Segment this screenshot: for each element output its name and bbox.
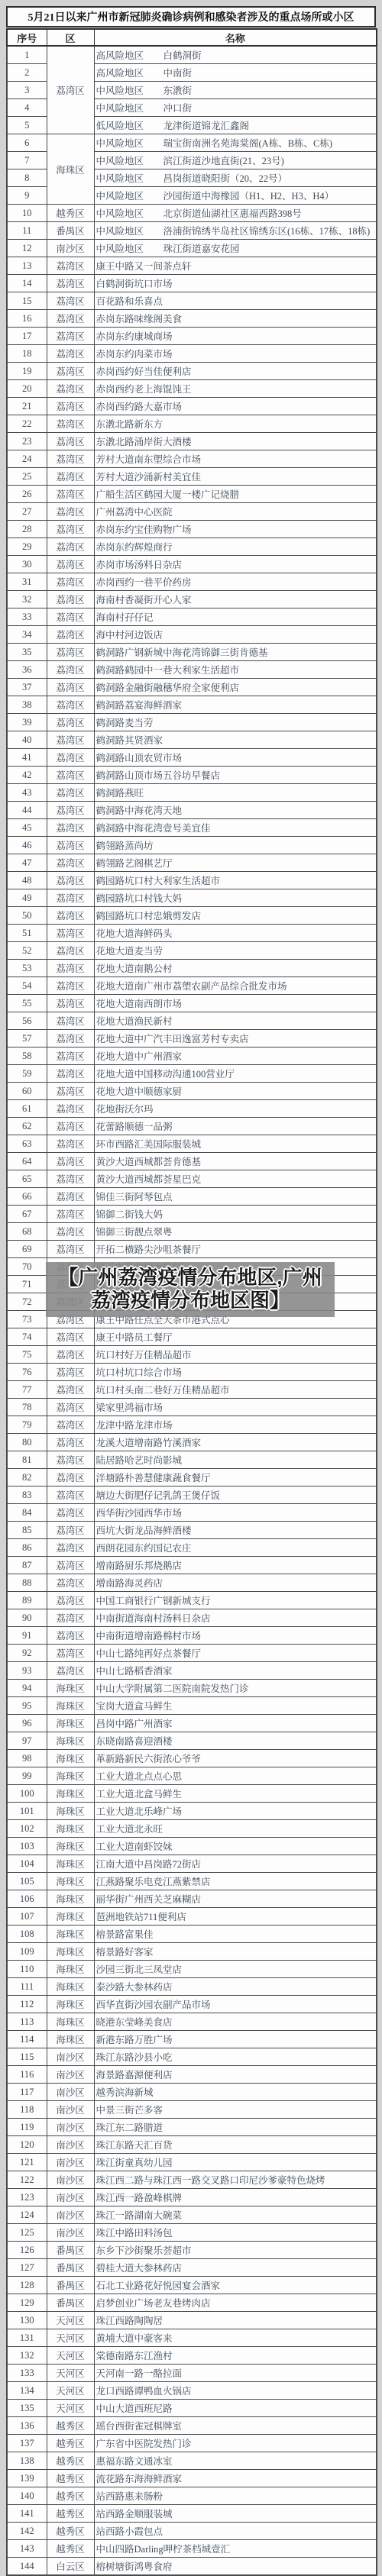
district-cell: 荔湾区 xyxy=(47,626,94,644)
risk-level-label: 中风险地区 xyxy=(96,241,163,255)
table-row: 85荔湾区西坑大街龙品海鲜酒楼 xyxy=(7,1522,377,1539)
row-number-cell: 37 xyxy=(7,679,47,696)
location-name-cell: 工业大道北永旺 xyxy=(94,1820,377,1838)
district-cell: 海珠区 xyxy=(47,1890,94,1908)
table-row: 102海珠区工业大道北永旺 xyxy=(7,1820,377,1838)
table-header-row: 序号 区 名称 xyxy=(7,29,377,46)
district-cell: 天河区 xyxy=(47,2382,94,2400)
location-name-cell: 高风险地区中南街 xyxy=(94,64,377,82)
row-number-cell: 2 xyxy=(7,64,47,82)
table-row: 95海珠区宝岗大道盒马鲜生 xyxy=(7,1697,377,1715)
location-name-cell: 中风险地区洛浦街锦绣半岛社区锦绣东区(16栋、17栋、18栋) xyxy=(94,222,377,240)
table-row: 33荔湾区海南村孖仔记 xyxy=(7,608,377,626)
table-row: 138越秀区惠福东路文通冰室 xyxy=(7,2452,377,2470)
table-row: 143越秀区中山四路Darling呷柠茶档城壹汇 xyxy=(7,2540,377,2558)
row-number-cell: 135 xyxy=(7,2400,47,2417)
row-number-cell: 96 xyxy=(7,1715,47,1732)
row-number-cell: 20 xyxy=(7,380,47,398)
location-name-cell: 鹤洞路鹤园中一巷大利家生活超市 xyxy=(94,661,377,679)
location-name: 珠江街道嘉安花园 xyxy=(163,244,240,254)
table-row: 30荔湾区赤岗市场汤料日杂店 xyxy=(7,556,377,573)
district-cell: 番禺区 xyxy=(47,222,94,240)
row-number-cell: 53 xyxy=(7,960,47,977)
district-cell: 番禺区 xyxy=(47,2277,94,2294)
location-name-cell: 黄沙大道西城都荟星巴克 xyxy=(94,1170,377,1188)
district-cell: 荔湾区 xyxy=(47,925,94,942)
location-name-cell: 康王中路员工餐厅 xyxy=(94,1328,377,1346)
table-row: 27荔湾区广州荔湾中心医院 xyxy=(7,503,377,521)
table-row: 87荔湾区增南路厨乐邦烧鹅店 xyxy=(7,1557,377,1574)
district-cell: 荔湾区 xyxy=(47,749,94,767)
location-name-cell: 花地街沃尔玛 xyxy=(94,1100,377,1118)
table-row: 51荔湾区花地大道海鲜码头 xyxy=(7,925,377,942)
row-number-cell: 117 xyxy=(7,2084,47,2101)
location-name-cell: 中山七路纯再好点茶餐厅 xyxy=(94,1645,377,1662)
location-name: 东漖街 xyxy=(163,86,193,96)
table-row: 37荔湾区鹤洞路金融街融穗华府全家便利店 xyxy=(7,679,377,696)
row-number-cell: 90 xyxy=(7,1609,47,1627)
table-row: 135天河区中山大道西班尼路 xyxy=(7,2400,377,2417)
row-number-cell: 128 xyxy=(7,2277,47,2294)
district-cell: 荔湾区 xyxy=(47,1609,94,1627)
table-row: 139越秀区流花路东海海鲜酒家 xyxy=(7,2470,377,2487)
district-cell: 南沙区 xyxy=(47,2206,94,2224)
district-cell: 荔湾区 xyxy=(47,1012,94,1030)
table-row: 106海珠区丽华街广州西关芝麻糊店 xyxy=(7,1890,377,1908)
location-name-cell: 珠江西二路与珠江西一路交叉路口印尼沙爹豪特色烧烤 xyxy=(94,2171,377,2189)
location-name-cell: 低风险地区龙津街道锦龙汇鑫阁 xyxy=(94,117,377,134)
table-row: 55荔湾区花地大道南西朗市场 xyxy=(7,995,377,1012)
row-number-cell: 63 xyxy=(7,1135,47,1153)
location-name-cell: 塘边大街肥仔记乳鸽王煲仔饭 xyxy=(94,1487,377,1504)
district-cell: 荔湾区 xyxy=(47,1557,94,1574)
location-name-cell: 宝岗大道盒马鲜生 xyxy=(94,1697,377,1715)
table-row: 142越秀区站西路小霞包点 xyxy=(7,2523,377,2540)
district-cell: 荔湾区 xyxy=(47,1223,94,1241)
location-name-cell: 康王中路又一间茶点轩 xyxy=(94,257,377,275)
district-cell: 荔湾区 xyxy=(47,1539,94,1557)
district-cell: 荔湾区 xyxy=(47,1645,94,1662)
location-name-cell: 晓港东莹峰美食店 xyxy=(94,2013,377,2031)
table-row: 44荔湾区鹤洞路中海花湾天地 xyxy=(7,802,377,819)
district-cell: 越秀区 xyxy=(47,205,94,222)
location-name: 昌岗街道晓阳街（20、22号） xyxy=(163,173,288,184)
district-cell: 越秀区 xyxy=(47,2435,94,2452)
table-row: 52荔湾区花地大道麦当劳 xyxy=(7,942,377,960)
risk-level-label: 中风险地区 xyxy=(96,224,163,237)
district-cell: 南沙区 xyxy=(47,2101,94,2119)
row-number-cell: 109 xyxy=(7,1943,47,1961)
row-number-cell: 74 xyxy=(7,1328,47,1346)
table-row: 57荔湾区花地大道中广汽丰田逸富芳村专卖店 xyxy=(7,1030,377,1048)
location-name-cell: 赤岗西约好当佳便利店 xyxy=(94,363,377,380)
table-row: 59荔湾区花地大道中国移动沟通100营业厅 xyxy=(7,1065,377,1083)
table-row: 53荔湾区花地大道南鹅公村 xyxy=(7,960,377,977)
location-name-cell: 鹤洞路山顶农贸市场 xyxy=(94,749,377,767)
location-name-cell: 鹤翎路艺阁棋艺厅 xyxy=(94,854,377,872)
location-name-cell: 中风险地区珠江街道嘉安花园 xyxy=(94,240,377,257)
table-row: 23荔湾区东漖北路涌岸街大酒楼 xyxy=(7,433,377,450)
row-number-cell: 139 xyxy=(7,2470,47,2487)
row-number-cell: 55 xyxy=(7,995,47,1012)
table-row: 66荔湾区锦佳三街阿琴包点 xyxy=(7,1188,377,1206)
table-row: 130天河区珠江西路陶陶居 xyxy=(7,2312,377,2329)
location-name-cell: 芳村大道沙涌新村美宜佳 xyxy=(94,468,377,486)
page: 5月21日以来广州市新冠肺炎确诊病例和感染者涉及的重点场所或小区 序号 区 名称… xyxy=(0,0,382,2576)
table-row: 136越秀区瑶台西街雀冠棋牌室 xyxy=(7,2417,377,2435)
district-cell: 荔湾区 xyxy=(47,1451,94,1469)
location-name-cell: 花地大道中广汽丰田逸富芳村专卖店 xyxy=(94,1030,377,1048)
district-cell: 越秀区 xyxy=(47,2523,94,2540)
table-row: 41荔湾区鹤洞路山顶农贸市场 xyxy=(7,749,377,767)
table-row: 74荔湾区康王中路员工餐厅 xyxy=(7,1328,377,1346)
district-cell: 荔湾区 xyxy=(47,573,94,591)
table-row: 31荔湾区赤岗西约一巷平价药房 xyxy=(7,573,377,591)
location-name-cell: 中风险地区北京街道仙湖社区惠福西路398号 xyxy=(94,205,377,222)
location-name-cell: 西坑大街龙品海鲜酒楼 xyxy=(94,1522,377,1539)
table-row: 82荔湾区泮塘路朴善慧健康蔬食餐厅 xyxy=(7,1469,377,1487)
table-row: 91荔湾区中南街道增南路棉村市场 xyxy=(7,1627,377,1645)
risk-level-label: 中风险地区 xyxy=(96,83,163,97)
district-cell: 荔湾区 xyxy=(47,1469,94,1487)
district-cell: 海珠区 xyxy=(47,2013,94,2031)
district-cell: 荔湾区 xyxy=(47,1188,94,1206)
table-row: 109海珠区榕景路好客家 xyxy=(7,1943,377,1961)
table-row: 79荔湾区龙津中路龙津市场 xyxy=(7,1416,377,1434)
risk-level-label: 中风险地区 xyxy=(96,189,163,202)
district-cell: 越秀区 xyxy=(47,2505,94,2523)
district-cell: 海珠区 xyxy=(47,1820,94,1838)
row-number-cell: 60 xyxy=(7,1083,47,1100)
district-cell: 荔湾区 xyxy=(47,1504,94,1522)
location-name-cell: 花蕾路顺德一品粥 xyxy=(94,1118,377,1135)
row-number-cell: 129 xyxy=(7,2294,47,2312)
district-cell: 荔湾区 xyxy=(47,275,94,292)
table-row: 25荔湾区芳村大道沙涌新村美宜佳 xyxy=(7,468,377,486)
district-cell: 南沙区 xyxy=(47,2119,94,2136)
table-row: 111海珠区泰沙路大参林药店 xyxy=(7,1978,377,1996)
district-cell: 海珠区 xyxy=(47,1855,94,1873)
district-cell: 荔湾区 xyxy=(47,1364,94,1381)
row-number-cell: 85 xyxy=(7,1522,47,1539)
district-cell: 荔湾区 xyxy=(47,608,94,626)
district-cell: 南沙区 xyxy=(47,2154,94,2171)
location-name-cell: 增南路海灵药店 xyxy=(94,1574,377,1592)
row-number-cell: 57 xyxy=(7,1030,47,1048)
table-row: 47荔湾区鹤翎路艺阁棋艺厅 xyxy=(7,854,377,872)
row-number-cell: 58 xyxy=(7,1048,47,1065)
risk-level-label: 中风险地区 xyxy=(96,136,163,150)
table-row: 88荔湾区增南路海灵药店 xyxy=(7,1574,377,1592)
table-row: 50荔湾区鹤园路坑口村忠娥剪发店 xyxy=(7,907,377,925)
table-row: 93荔湾区中山七路稻香酒家 xyxy=(7,1662,377,1680)
row-number-cell: 43 xyxy=(7,784,47,802)
district-cell: 荔湾区 xyxy=(47,1048,94,1065)
row-number-cell: 103 xyxy=(7,1838,47,1855)
district-cell: 南沙区 xyxy=(47,240,94,257)
location-name-cell: 中风险地区瑞宝街南洲名苑海棠阁(A栋、B栋、C栋) xyxy=(94,134,377,152)
table-row: 40荔湾区鹤洞路其贤酒家 xyxy=(7,731,377,749)
risk-level-label: 中风险地区 xyxy=(96,171,163,185)
location-name-cell: 广州荔湾中心医院 xyxy=(94,503,377,521)
table-row: 62荔湾区花蕾路顺德一品粥 xyxy=(7,1118,377,1135)
table-row: 56荔湾区花地大道渔民新村 xyxy=(7,1012,377,1030)
district-cell: 荔湾区 xyxy=(47,328,94,345)
district-cell: 荔湾区 xyxy=(47,310,94,328)
district-cell: 荔湾区 xyxy=(47,415,94,433)
location-name-cell: 泮塘路朴善慧健康蔬食餐厅 xyxy=(94,1469,377,1487)
district-cell: 越秀区 xyxy=(47,2452,94,2470)
row-number-cell: 32 xyxy=(7,591,47,608)
district-cell: 海珠区 xyxy=(47,1996,94,2013)
table-row: 89荔湾区中国工商银行广钢新城支行 xyxy=(7,1592,377,1609)
table-row: 1荔湾区高风险地区白鹤洞街 xyxy=(7,46,377,64)
row-number-cell: 30 xyxy=(7,556,47,573)
district-cell: 荔湾区 xyxy=(47,503,94,521)
district-cell: 荔湾区 xyxy=(47,398,94,415)
row-number-cell: 39 xyxy=(7,714,47,731)
table-row: 26荔湾区广船生活区鹤园大厦一楼广记烧腊 xyxy=(7,486,377,503)
row-number-cell: 141 xyxy=(7,2505,47,2523)
row-number-cell: 91 xyxy=(7,1627,47,1645)
location-name-cell: 中南街道增南路棉村市场 xyxy=(94,1627,377,1645)
district-cell: 荔湾区 xyxy=(47,521,94,538)
district-cell: 荔湾区 xyxy=(47,380,94,398)
district-cell: 海珠区 xyxy=(47,1680,94,1697)
row-number-cell: 59 xyxy=(7,1065,47,1083)
location-name-cell: 碧桂大道大参林药店 xyxy=(94,2259,377,2277)
row-number-cell: 61 xyxy=(7,1100,47,1118)
row-number-cell: 143 xyxy=(7,2540,47,2558)
row-number-cell: 114 xyxy=(7,2031,47,2048)
table-row: 75荔湾区坑口村好万佳精品超市 xyxy=(7,1346,377,1364)
location-name-cell: 鹤园路坑口村忠娥剪发店 xyxy=(94,907,377,925)
row-number-cell: 88 xyxy=(7,1574,47,1592)
location-name-cell: 坑口村坑口综合市场 xyxy=(94,1364,377,1381)
district-cell: 南沙区 xyxy=(47,2066,94,2084)
location-name-cell: 鹤园路坑口村大利家生活超市 xyxy=(94,872,377,889)
row-number-cell: 6 xyxy=(7,134,47,152)
district-cell: 荔湾区 xyxy=(47,257,94,275)
table-row: 36荔湾区鹤洞路鹤园中一巷大利家生活超市 xyxy=(7,661,377,679)
row-number-cell: 56 xyxy=(7,1012,47,1030)
table-row: 103海珠区工业大道南虾饺妹 xyxy=(7,1838,377,1855)
table-row: 90荔湾区中南街道海南村汤料日杂店 xyxy=(7,1609,377,1627)
risk-level-label: 高风险地区 xyxy=(96,66,163,79)
row-number-cell: 86 xyxy=(7,1539,47,1557)
row-number-cell: 49 xyxy=(7,889,47,907)
district-cell: 南沙区 xyxy=(47,2048,94,2066)
table-row: 96海珠区昌岗中路广州酒家 xyxy=(7,1715,377,1732)
location-name-cell: 陆居路哈艺时尚影城 xyxy=(94,1451,377,1469)
table-row: 6海珠区中风险地区瑞宝街南洲名苑海棠阁(A栋、B栋、C栋) xyxy=(7,134,377,152)
table-row: 42荔湾区鹤洞路山顶市场五谷坊早餐店 xyxy=(7,767,377,784)
district-cell: 海珠区 xyxy=(47,2031,94,2048)
district-cell: 荔湾区 xyxy=(47,1065,94,1083)
watermark-overlay: 【广州荔湾疫情分布地区,广州荔湾疫情分布地区图】 xyxy=(46,1262,335,1317)
row-number-cell: 106 xyxy=(7,1890,47,1908)
table-row: 13荔湾区康王中路又一间茶点轩 xyxy=(7,257,377,275)
row-number-cell: 24 xyxy=(7,450,47,468)
location-name-cell: 赤岗东约康城商场 xyxy=(94,328,377,345)
location-name-cell: 中山七路稻香酒家 xyxy=(94,1662,377,1680)
row-number-cell: 81 xyxy=(7,1451,47,1469)
district-cell: 越秀区 xyxy=(47,2470,94,2487)
row-number-cell: 79 xyxy=(7,1416,47,1434)
table-row: 105海珠区江燕路聚乐电竞江燕紫禁店 xyxy=(7,1873,377,1890)
table-row: 60荔湾区花地大道中顺德家厨 xyxy=(7,1083,377,1100)
row-number-cell: 130 xyxy=(7,2312,47,2329)
district-cell: 荔湾区 xyxy=(47,1662,94,1680)
row-number-cell: 17 xyxy=(7,328,47,345)
row-number-cell: 34 xyxy=(7,626,47,644)
location-name-cell: 天河南一路一酪拉面 xyxy=(94,2365,377,2382)
table-row: 140越秀区站西路惠来肠粉 xyxy=(7,2487,377,2505)
district-cell: 荔湾区 xyxy=(47,907,94,925)
location-name-cell: 中国工商银行广钢新城支行 xyxy=(94,1592,377,1609)
district-cell: 南沙区 xyxy=(47,2171,94,2189)
table-row: 125南沙区珠江中路田料汤包 xyxy=(7,2224,377,2242)
location-name-cell: 西朗花园东约国记农庄 xyxy=(94,1539,377,1557)
row-number-cell: 67 xyxy=(7,1206,47,1223)
district-cell: 荔湾区 xyxy=(47,450,94,468)
location-name-cell: 工业大道北点点心思 xyxy=(94,1767,377,1785)
district-cell: 天河区 xyxy=(47,2312,94,2329)
row-number-cell: 52 xyxy=(7,942,47,960)
row-number-cell: 35 xyxy=(7,644,47,661)
district-cell: 荔湾区 xyxy=(47,661,94,679)
row-number-cell: 15 xyxy=(7,292,47,310)
district-cell: 荔湾区 xyxy=(47,731,94,749)
location-name-cell: 赤岗市场汤料日杂店 xyxy=(94,556,377,573)
district-cell: 荔湾区 xyxy=(47,1381,94,1399)
row-number-cell: 100 xyxy=(7,1785,47,1803)
table-row: 16荔湾区赤岗东路味缘阁美食 xyxy=(7,310,377,328)
location-name-cell: 中山大学附属第二医院南院发热门诊 xyxy=(94,1680,377,1697)
location-name-cell: 西华街沙园西华市场 xyxy=(94,1504,377,1522)
row-number-cell: 75 xyxy=(7,1346,47,1364)
location-name-cell: 赤岗西约老上海馄饨王 xyxy=(94,380,377,398)
row-number-cell: 38 xyxy=(7,696,47,714)
district-cell: 荔湾区 xyxy=(47,767,94,784)
district-cell: 荔湾区 xyxy=(47,1416,94,1434)
location-name-cell: 增南路厨乐邦烧鹅店 xyxy=(94,1557,377,1574)
location-name-cell: 高风险地区白鹤洞街 xyxy=(94,46,377,64)
district-cell: 荔湾区 xyxy=(47,591,94,608)
row-number-cell: 126 xyxy=(7,2242,47,2259)
location-name-cell: 坑口村头南二巷好万佳精品超市 xyxy=(94,1381,377,1399)
row-number-cell: 44 xyxy=(7,802,47,819)
table-row: 101海珠区工业大道北乐峰广场 xyxy=(7,1803,377,1820)
location-name-cell: 海南村香凝街开心人家 xyxy=(94,591,377,608)
row-number-cell: 136 xyxy=(7,2417,47,2435)
location-name-cell: 东乡下沙街聚乐荟超市 xyxy=(94,2242,377,2259)
row-number-cell: 132 xyxy=(7,2347,47,2365)
table-row: 80荔湾区龙溪大道增南路竹溪酒家 xyxy=(7,1434,377,1451)
page-title: 5月21日以来广州市新冠肺炎确诊病例和感染者涉及的重点场所或小区 xyxy=(6,6,376,27)
table-row: 17荔湾区赤岗东约康城商场 xyxy=(7,328,377,345)
table-row: 22荔湾区东漖北路新东方 xyxy=(7,415,377,433)
district-cell: 荔湾区 xyxy=(47,1522,94,1539)
table-row: 134天河区龙口西路谭鸭血火锅店 xyxy=(7,2382,377,2400)
row-number-cell: 133 xyxy=(7,2365,47,2382)
district-cell: 荔湾区 xyxy=(47,802,94,819)
district-cell: 荔湾区 xyxy=(47,714,94,731)
risk-level-label: 中风险地区 xyxy=(96,206,163,220)
row-number-cell: 14 xyxy=(7,275,47,292)
row-number-cell: 40 xyxy=(7,731,47,749)
row-number-cell: 28 xyxy=(7,521,47,538)
location-name-cell: 中风险地区东漖街 xyxy=(94,82,377,99)
table-row: 10越秀区中风险地区北京街道仙湖社区惠福西路398号 xyxy=(7,205,377,222)
table-row: 141越秀区站西路金顺服装城 xyxy=(7,2505,377,2523)
location-name-cell: 赤岗东约宝佳购物广场 xyxy=(94,521,377,538)
location-name-cell: 东晓南路喜迎酒楼 xyxy=(94,1732,377,1750)
table-row: 107海珠区琶洲地铁站711便利店 xyxy=(7,1908,377,1926)
district-cell: 南沙区 xyxy=(47,2136,94,2154)
table-row: 114海珠区新港东路万胜广场 xyxy=(7,2031,377,2048)
location-name-cell: 赤岗西约一巷平价药房 xyxy=(94,573,377,591)
row-number-cell: 65 xyxy=(7,1170,47,1188)
table-row: 15荔湾区百花路和乐喜点 xyxy=(7,292,377,310)
district-cell: 海珠区 xyxy=(47,1978,94,1996)
location-name-cell: 鹤洞路荔宴海鲜酒家 xyxy=(94,696,377,714)
table-row: 112海珠区西华直街沙园农副产品市场 xyxy=(7,1996,377,2013)
location-name-cell: 花地大道渔民新村 xyxy=(94,1012,377,1030)
district-cell: 天河区 xyxy=(47,2347,94,2365)
location-name-cell: 赤岗西约路大嘉市场 xyxy=(94,398,377,415)
location-name-cell: 坑口村好万佳精品超市 xyxy=(94,1346,377,1364)
table-row: 144白云区榕树塘街鸿粤食府 xyxy=(7,2558,377,2576)
district-cell: 天河区 xyxy=(47,2329,94,2347)
table-row: 45荔湾区鹤洞路中海花湾壹号美宜佳 xyxy=(7,819,377,837)
district-cell: 天河区 xyxy=(47,2365,94,2382)
table-row: 18荔湾区赤岗东约肉菜市场 xyxy=(7,345,377,363)
location-name-cell: 惠福东路文通冰室 xyxy=(94,2452,377,2470)
row-number-cell: 19 xyxy=(7,363,47,380)
table-row: 64荔湾区黄沙大道西城都荟肯德基 xyxy=(7,1153,377,1170)
table-row: 127番禺区碧桂大道大参林药店 xyxy=(7,2259,377,2277)
location-name: 龙津街道锦龙汇鑫阁 xyxy=(163,121,250,131)
location-name: 瑞宝街南洲名苑海棠阁(A栋、B栋、C栋) xyxy=(163,138,333,149)
table-row: 48荔湾区鹤园路坑口村大利家生活超市 xyxy=(7,872,377,889)
row-number-cell: 140 xyxy=(7,2487,47,2505)
location-name-cell: 鹤洞路中海花湾壹号美宜佳 xyxy=(94,819,377,837)
location-name-cell: 百花路和乐喜点 xyxy=(94,292,377,310)
column-header-name: 名称 xyxy=(94,29,377,46)
location-name-cell: 海景路嘉源便利店 xyxy=(94,2066,377,2084)
row-number-cell: 71 xyxy=(7,1276,47,1293)
table-row: 122南沙区珠江西二路与珠江西一路交叉路口印尼沙爹豪特色烧烤 xyxy=(7,2171,377,2189)
location-name-cell: 白鹤洞街坑口市场 xyxy=(94,275,377,292)
table-row: 86荔湾区西朗花园东约国记农庄 xyxy=(7,1539,377,1557)
table-row: 81荔湾区陆居路哈艺时尚影城 xyxy=(7,1451,377,1469)
location-name-cell: 鹤洞路麦当劳 xyxy=(94,714,377,731)
location-name-cell: 赤岗东路味缘阁美食 xyxy=(94,310,377,328)
table-row: 100海珠区工业大道北盒马鲜生 xyxy=(7,1785,377,1803)
location-name-cell: 中山四路Darling呷柠茶档城壹汇 xyxy=(94,2540,377,2558)
location-name-cell: 棠德南路东江渔村 xyxy=(94,2347,377,2365)
table-row: 32荔湾区海南村香凝街开心人家 xyxy=(7,591,377,608)
row-number-cell: 62 xyxy=(7,1118,47,1135)
row-number-cell: 118 xyxy=(7,2101,47,2119)
location-name-cell: 榕景路好客家 xyxy=(94,1943,377,1961)
row-number-cell: 93 xyxy=(7,1662,47,1680)
district-cell: 海珠区 xyxy=(47,1961,94,1978)
table-row: 69荔湾区开拓二横路尖沙咀茶餐厅 xyxy=(7,1241,377,1258)
location-name-cell: 鹤洞路中海花湾天地 xyxy=(94,802,377,819)
table-row: 84荔湾区西华街沙园西华市场 xyxy=(7,1504,377,1522)
